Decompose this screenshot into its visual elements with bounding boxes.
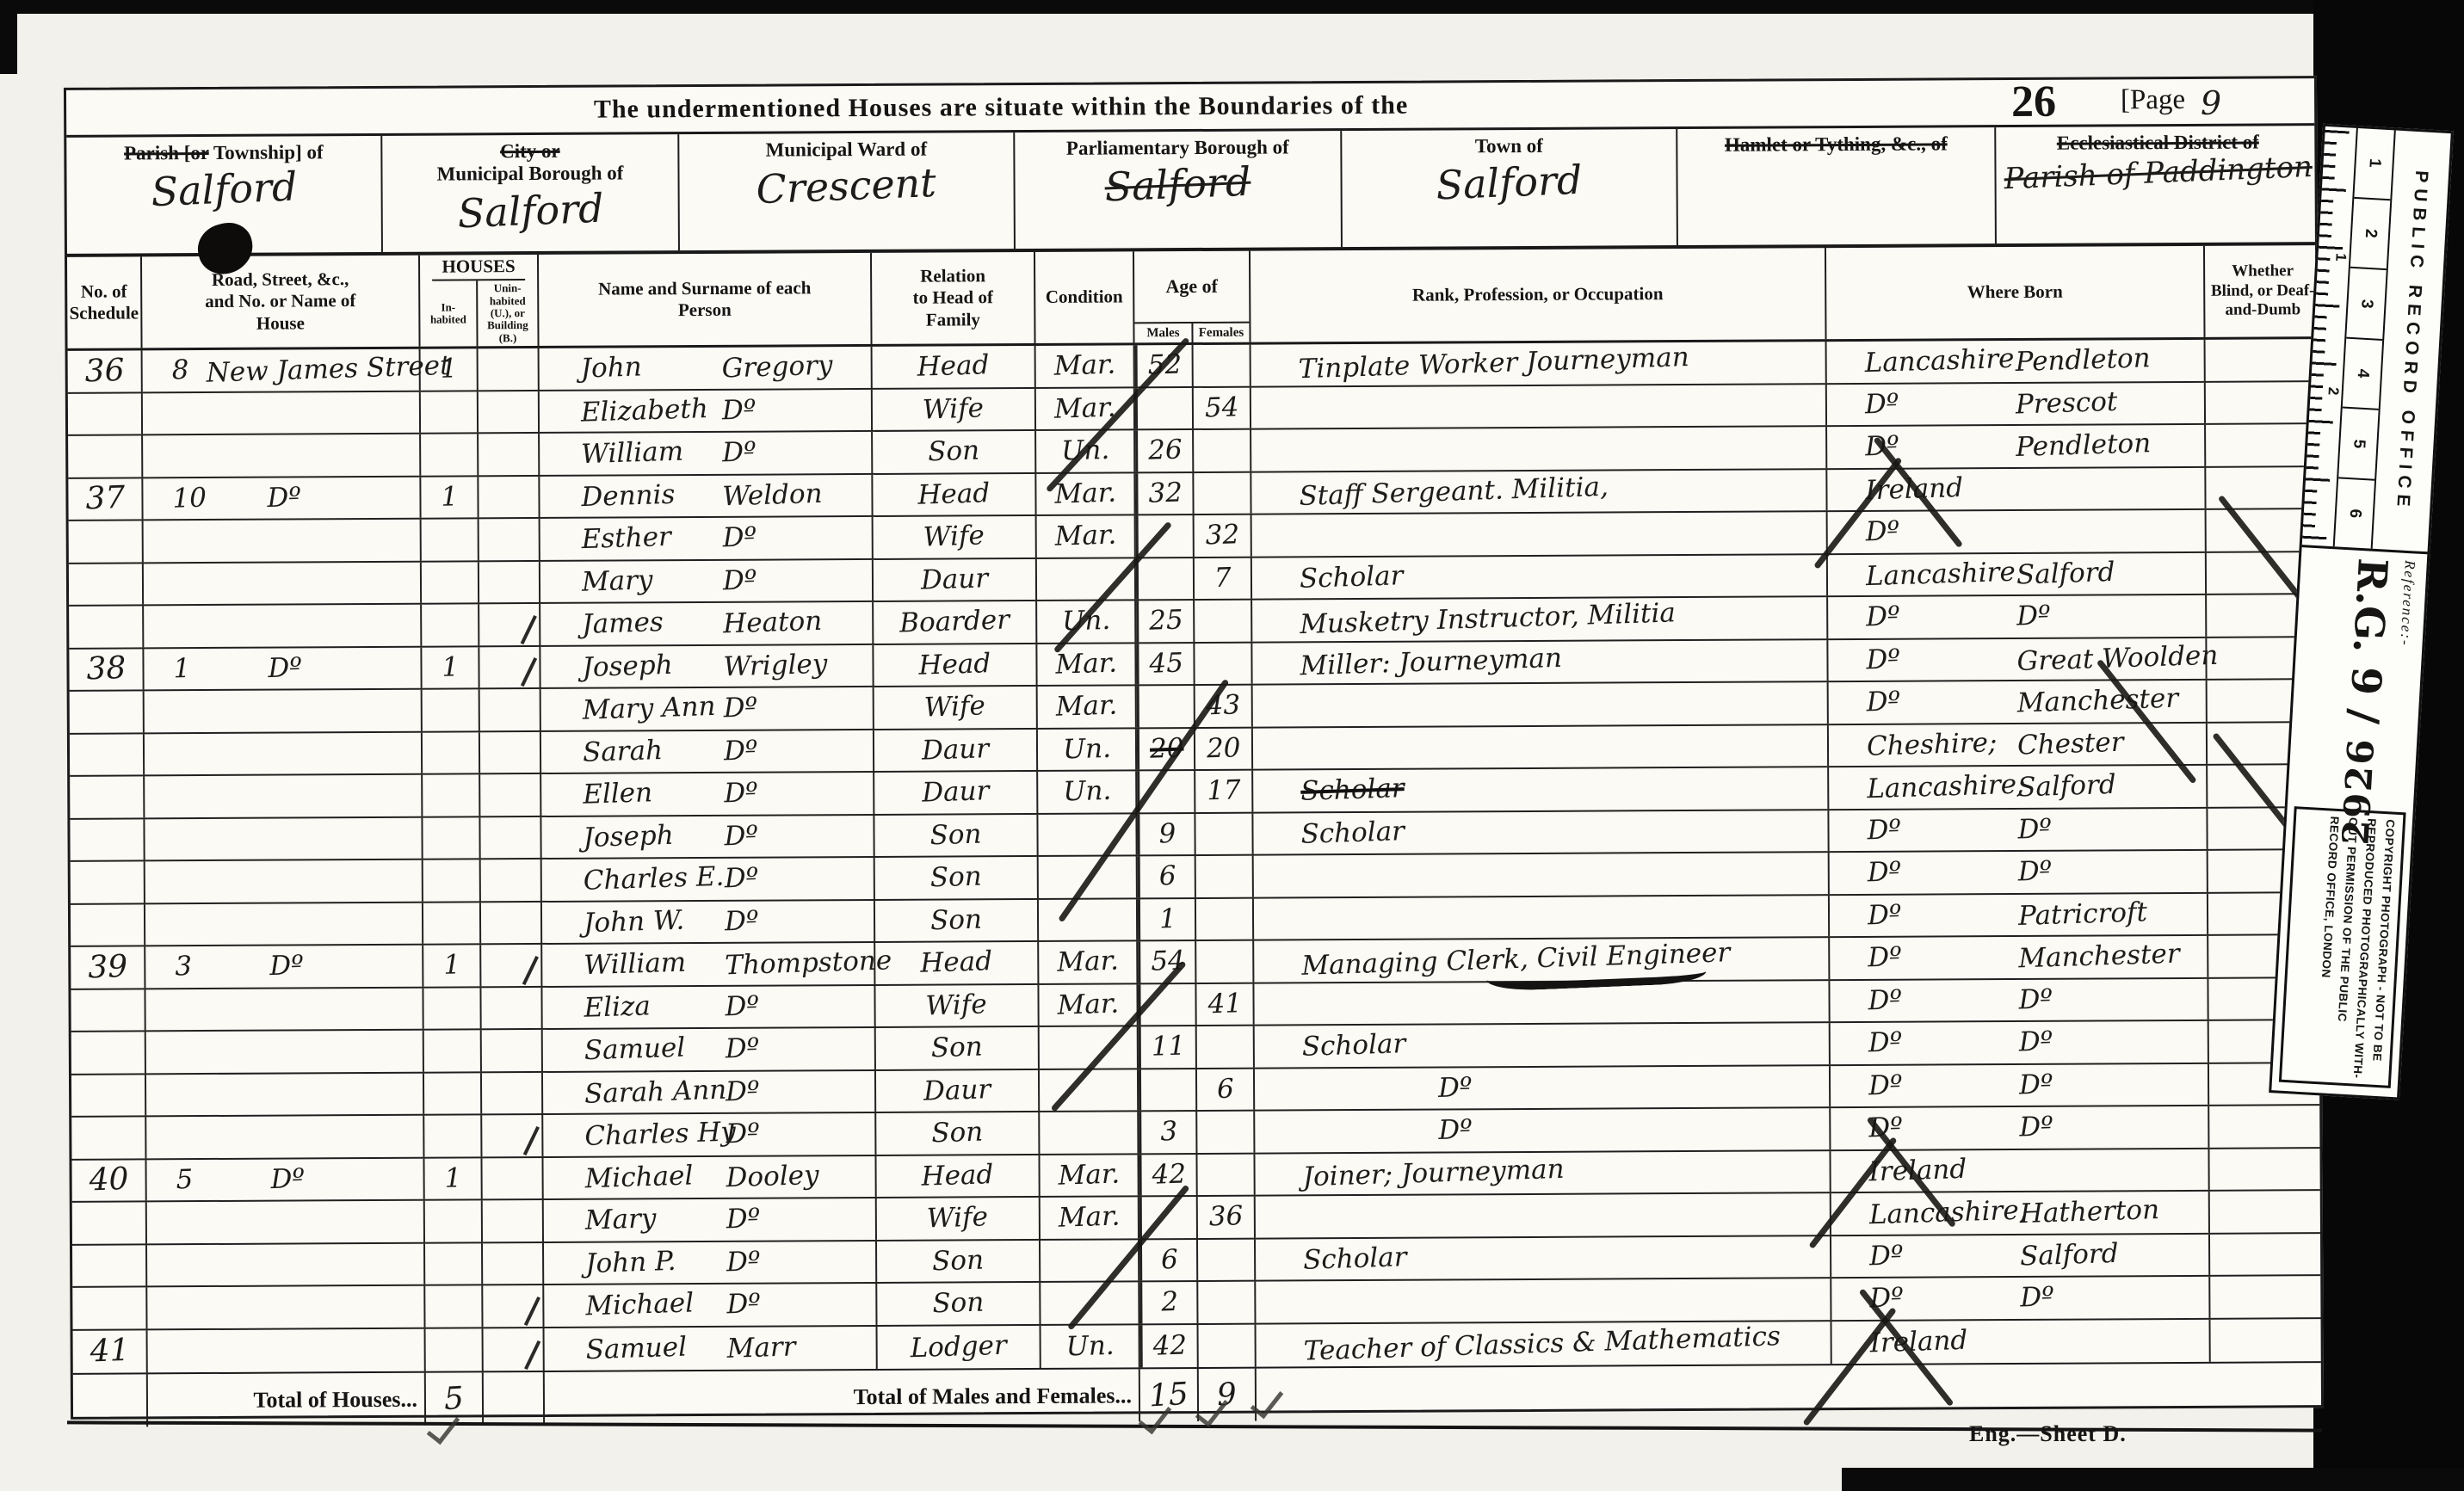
age-female-cell xyxy=(1194,430,1251,471)
name-cell: MichaelDº xyxy=(544,1284,877,1327)
parliamentary-borough-value: Salford xyxy=(1104,158,1252,211)
inhabited-cell xyxy=(423,817,480,859)
street-cell: 1Dº xyxy=(144,647,422,689)
inhabited-cell xyxy=(423,903,481,944)
name-cell: ElizaDº xyxy=(542,985,875,1028)
name-cell: EstherDº xyxy=(540,517,874,560)
schedule-cell: 38 xyxy=(69,649,144,690)
occupation-cell: Miller: Journeyman xyxy=(1252,640,1828,684)
inhabited-cell xyxy=(425,1243,483,1285)
inhabited-cell xyxy=(422,604,479,645)
scan-edge-bottom xyxy=(1842,1468,2464,1491)
uninhabited-cell xyxy=(483,1200,544,1241)
born-cell: DºSalford xyxy=(1831,1234,2210,1277)
age-female-cell: 20 xyxy=(1195,728,1253,769)
born-cell: DºManchester xyxy=(1830,936,2208,979)
schedule-cell xyxy=(69,564,144,605)
inhabited-cell xyxy=(425,1285,483,1327)
occupation-cell: Teacher of Classics & Mathematics xyxy=(1257,1322,1832,1367)
ecclesiastical-label-struck: Ecclesiastical District of xyxy=(2057,132,2259,154)
pro-reference-section: Reference:- R.G. 9 / 2926 xyxy=(2288,547,2427,808)
ecclesiastical-value: Parish of Paddington xyxy=(2004,150,2313,196)
inhabited-cell xyxy=(424,1115,482,1156)
relation-cell: Daur xyxy=(874,772,1038,813)
condition-cell: Mar. xyxy=(1041,1197,1139,1238)
township-label: Township] of xyxy=(209,141,324,163)
street-cell xyxy=(145,690,423,732)
born-cell: Dº xyxy=(1828,510,2207,553)
condition-cell: Mar. xyxy=(1037,644,1136,685)
schedule-cell: 39 xyxy=(71,946,145,988)
age-female-cell xyxy=(1197,1154,1255,1195)
relation-cell: Son xyxy=(875,899,1039,940)
col-street: Road, Street, &c., and No. or Name of Ho… xyxy=(142,256,421,348)
name-cell: SamuelMarr xyxy=(545,1326,878,1371)
street-cell xyxy=(146,1031,424,1073)
relation-cell: Wife xyxy=(875,984,1039,1026)
occupation-cell: Scholar xyxy=(1253,810,1829,854)
field-ward: Municipal Ward of Crescent xyxy=(679,132,1016,250)
uninhabited-cell xyxy=(482,1157,543,1198)
age-female-cell: 7 xyxy=(1195,558,1252,599)
born-cell: DºManchester xyxy=(1829,681,2208,724)
public-record-office-label: PUBLIC RECORD OFFICE xyxy=(2392,169,2431,513)
age-label: Age of xyxy=(1165,251,1218,322)
col-schedule: No. of Schedule xyxy=(67,256,143,348)
blind-cell xyxy=(2206,382,2321,423)
born-cell: DºGreat Woolden xyxy=(1828,638,2207,681)
age-female-cell xyxy=(1196,856,1254,897)
born-cell: DºDº xyxy=(1830,978,2208,1021)
street-cell xyxy=(145,903,423,945)
relation-cell: Lodger xyxy=(878,1325,1041,1368)
inhabited-cell xyxy=(423,988,481,1029)
age-female-cell xyxy=(1198,1239,1256,1280)
born-cell: Lancashire,Hatherton xyxy=(1831,1192,2210,1235)
uninhabited-cell xyxy=(479,476,540,517)
field-ecclesiastical-district: Ecclesiastical District of Parish of Pad… xyxy=(1996,126,2320,243)
age-male-cell: 42 xyxy=(1139,1154,1197,1195)
street-cell xyxy=(145,775,423,817)
inhabited-cell: 1 xyxy=(424,1158,482,1199)
name-cell: JohnGregory xyxy=(540,347,873,390)
age-male-cell: 26 xyxy=(1135,430,1194,471)
uninhabited-cell xyxy=(481,987,542,1028)
age-male-cell: 1 xyxy=(1138,898,1196,940)
schedule-cell xyxy=(70,734,145,775)
born-cell: LancashireSalford xyxy=(1828,552,2207,595)
col-inhabited: In- habited xyxy=(420,281,478,347)
total-houses-label: Total of Houses... xyxy=(148,1373,426,1427)
field-town: Town of Salford xyxy=(1342,129,1678,247)
occupation-cell: Managing Clerk, Civil Engineer xyxy=(1254,938,1830,982)
parliamentary-borough-label: Parliamentary Borough of xyxy=(1066,136,1289,158)
scanned-census-page: The undermentioned Houses are situate wi… xyxy=(0,0,2464,1491)
age-male-cell: 3 xyxy=(1139,1112,1197,1153)
col-blind: Whether Blind, or Deaf- and-Dumb xyxy=(2205,245,2321,337)
age-female-cell: 17 xyxy=(1195,771,1253,812)
scan-edge-top xyxy=(0,0,2464,14)
ruler-inch-label-2: 2 xyxy=(2325,386,2342,396)
occupation-cell xyxy=(1251,385,1827,428)
header-fields: Parish [or Township] of Salford City orM… xyxy=(66,126,2315,257)
condition-cell: Un. xyxy=(1041,1325,1140,1368)
col-relation: Relation to Head of Family xyxy=(872,252,1036,344)
relation-cell: Son xyxy=(876,1027,1040,1069)
borough-value: Salford xyxy=(456,185,604,237)
condition-cell: Mar. xyxy=(1036,345,1135,386)
occupation-cell xyxy=(1253,682,1829,726)
relation-cell: Boarder xyxy=(874,601,1037,643)
born-cell: Lancashire;Salford xyxy=(1829,766,2208,809)
blind-cell xyxy=(2209,1106,2325,1147)
totals-blank-cell xyxy=(1257,1363,2326,1421)
born-cell: LancashirePendleton xyxy=(1827,340,2206,383)
age-female-cell: 41 xyxy=(1196,983,1254,1025)
inhabited-cell xyxy=(422,562,479,603)
column-headers: No. of Schedule Road, Street, &c., and N… xyxy=(67,245,2316,351)
field-borough: City orMunicipal Borough of Salford xyxy=(382,134,680,252)
street-cell xyxy=(144,562,422,604)
relation-cell: Daur xyxy=(874,729,1038,770)
uninhabited-cell xyxy=(480,731,541,773)
total-males-females-label: Total of Males and Females... xyxy=(545,1369,1140,1425)
inhabited-cell: 1 xyxy=(422,647,479,688)
age-male-cell: 45 xyxy=(1136,643,1195,684)
occupation-cell: Tinplate Worker Journeyman xyxy=(1251,342,1827,385)
schedule-cell xyxy=(71,1117,146,1158)
col-houses: HOUSES In- habited Unin- habited (U.), o… xyxy=(420,255,540,347)
township-label-struck: Parish [or xyxy=(124,142,209,164)
sheet-footer-imprint: Eng.—Sheet D. xyxy=(1969,1421,2127,1447)
occupation-cell xyxy=(1256,1278,1831,1322)
street-cell: 8New James Street xyxy=(143,349,421,391)
schedule-cell xyxy=(71,989,145,1031)
relation-cell: Head xyxy=(873,473,1036,514)
uninhabited-cell xyxy=(479,348,540,390)
relation-cell: Head xyxy=(876,1155,1040,1196)
name-cell: Charles E.Dº xyxy=(542,858,875,901)
schedule-cell xyxy=(71,1075,146,1116)
occupation-cell: Scholar xyxy=(1256,1236,1831,1280)
condition-cell: Un. xyxy=(1038,729,1137,770)
uninhabited-cell xyxy=(482,1072,543,1113)
schedule-cell xyxy=(72,1202,147,1243)
col-born: Where Born xyxy=(1826,246,2206,339)
inhabited-cell xyxy=(422,519,479,560)
street-cell xyxy=(147,1243,425,1285)
schedule-cell xyxy=(70,776,145,817)
street-cell xyxy=(147,1286,425,1328)
age-female-cell: 32 xyxy=(1195,515,1252,557)
relation-cell: Son xyxy=(874,814,1038,855)
copyright-stamp: COPYRIGHT PHOTOGRAPH - NOT TO BE REPRODU… xyxy=(2279,806,2406,1088)
relation-cell: Wife xyxy=(874,516,1037,558)
blind-cell xyxy=(2210,1319,2325,1362)
occupation-cell: Dº xyxy=(1255,1066,1831,1110)
schedule-cell: 37 xyxy=(68,478,143,520)
occupation-cell: Joiner; Journeyman xyxy=(1255,1151,1831,1195)
name-cell: SamuelDº xyxy=(543,1028,876,1071)
uninhabited-cell xyxy=(481,859,542,901)
born-cell: DºPatricroft xyxy=(1830,893,2208,936)
uninhabited-cell xyxy=(480,774,541,816)
street-cell xyxy=(146,1116,424,1158)
schedule-cell xyxy=(72,1287,147,1328)
age-male-cell: 11 xyxy=(1139,1026,1197,1068)
condition-cell: Un. xyxy=(1037,601,1136,642)
occupation-cell: Scholar xyxy=(1255,1023,1831,1067)
folio-number-stamp: 26 xyxy=(2011,77,2056,127)
street-cell xyxy=(143,434,421,477)
schedule-cell xyxy=(69,521,144,562)
inhabited-cell xyxy=(421,391,479,433)
town-label: Town of xyxy=(1475,135,1543,157)
inhabited-cell xyxy=(421,434,479,475)
age-female-cell xyxy=(1197,1026,1255,1068)
ruler-cell-3: 3 xyxy=(2346,268,2386,341)
condition-cell: Un. xyxy=(1038,771,1137,812)
page-number: 9 xyxy=(2201,84,2221,122)
totals-uninhabited-cell xyxy=(484,1372,545,1425)
relation-cell: Head xyxy=(874,644,1037,685)
name-cell: JamesHeaton xyxy=(540,602,874,645)
street-cell xyxy=(147,1201,425,1243)
street-cell xyxy=(144,605,422,647)
houses-label: HOUSES xyxy=(432,255,526,281)
name-cell: SarahDº xyxy=(541,730,874,773)
age-female-cell xyxy=(1197,1112,1255,1153)
age-female-cell xyxy=(1194,345,1251,386)
uninhabited-cell xyxy=(479,434,540,475)
blind-cell xyxy=(2210,1234,2325,1275)
age-male-cell xyxy=(1137,686,1195,727)
page-title: The undermentioned Houses are situate wi… xyxy=(594,89,1787,124)
inhabited-cell xyxy=(423,859,481,901)
col-occupation: Rank, Profession, or Occupation xyxy=(1251,248,1827,342)
blind-cell xyxy=(2209,1149,2325,1190)
schedule-cell: 36 xyxy=(68,350,143,391)
age-female-cell xyxy=(1199,1324,1257,1367)
relation-cell: Son xyxy=(876,1112,1040,1154)
age-male-cell: 25 xyxy=(1136,601,1195,642)
inhabited-cell: 1 xyxy=(421,477,479,518)
name-cell: MichaelDooley xyxy=(543,1155,876,1198)
inhabited-cell xyxy=(424,1073,482,1114)
condition-cell: Mar. xyxy=(1038,686,1137,727)
occupation-cell xyxy=(1256,1193,1831,1237)
inhabited-cell xyxy=(423,689,480,730)
ruler-cell-4: 4 xyxy=(2343,338,2382,410)
age-female-cell xyxy=(1195,601,1252,642)
name-cell: WilliamDº xyxy=(540,432,873,475)
born-cell: DºDº xyxy=(1828,595,2207,638)
street-cell xyxy=(148,1328,426,1372)
ruler-cell-1: 1 xyxy=(2354,128,2393,200)
condition-cell: Mar. xyxy=(1037,515,1136,557)
age-male-cell xyxy=(1139,1069,1197,1110)
name-cell: Charles HyDº xyxy=(543,1113,876,1156)
field-hamlet: Hamlet or Tything, &c., of xyxy=(1677,127,1997,245)
township-value: Salford xyxy=(150,163,298,216)
col-condition: Condition xyxy=(1035,251,1135,343)
street-cell: 3Dº xyxy=(145,946,423,988)
blind-cell xyxy=(2210,1276,2325,1317)
uninhabited-cell xyxy=(479,519,540,560)
age-male-cell: 32 xyxy=(1135,472,1194,514)
age-male-cell: 9 xyxy=(1137,813,1195,854)
relation-cell: Wife xyxy=(874,687,1038,728)
name-cell: WilliamThompstone xyxy=(542,943,875,986)
name-cell: MaryDº xyxy=(540,559,874,602)
street-cell: 5Dº xyxy=(146,1158,424,1200)
born-cell: DºDº xyxy=(1830,851,2208,894)
ruler-cell-5: 5 xyxy=(2338,409,2378,481)
schedule-cell xyxy=(72,1245,147,1286)
age-male-cell: 2 xyxy=(1139,1282,1198,1323)
age-male-cell: 6 xyxy=(1138,856,1196,897)
town-value: Salford xyxy=(1436,157,1584,209)
relation-cell: Son xyxy=(877,1283,1041,1324)
born-cell: DºPrescot xyxy=(1827,382,2206,425)
borough-label-struck: City or xyxy=(382,139,677,163)
relation-cell: Son xyxy=(873,431,1036,472)
schedule-cell xyxy=(68,435,143,477)
relation-cell: Head xyxy=(873,346,1036,387)
ruler-cell-2: 2 xyxy=(2350,198,2390,270)
name-cell: Mary AnnDº xyxy=(541,687,874,730)
age-male-cell: 42 xyxy=(1140,1324,1199,1367)
page-label: [Page xyxy=(2121,84,2185,116)
inhabited-cell xyxy=(426,1328,484,1371)
field-parliamentary-borough: Parliamentary Borough of Salford xyxy=(1015,131,1343,249)
name-cell: JosephDº xyxy=(541,815,874,858)
col-age: Age of Males Females xyxy=(1134,251,1251,343)
hamlet-label-struck: Hamlet or Tything, &c., of xyxy=(1725,132,1948,155)
name-cell: MaryDº xyxy=(544,1198,877,1241)
schedule-cell xyxy=(71,904,145,946)
uninhabited-cell xyxy=(481,902,542,943)
ward-label: Municipal Ward of xyxy=(766,139,928,161)
name-cell: Sarah AnnDº xyxy=(543,1070,876,1113)
relation-cell: Daur xyxy=(876,1069,1040,1111)
age-female-cell xyxy=(1196,941,1254,983)
col-uninhabited: Unin- habited (U.), or Building (B.) xyxy=(478,280,537,346)
relation-cell: Wife xyxy=(877,1198,1041,1239)
inhabited-cell: 1 xyxy=(421,348,479,390)
age-female-cell xyxy=(1195,643,1252,684)
street-cell xyxy=(145,817,423,859)
occupation-cell: Dº xyxy=(1255,1108,1831,1152)
relation-cell: Head xyxy=(875,942,1039,983)
age-male-cell xyxy=(1136,558,1195,599)
street-cell xyxy=(144,520,422,562)
street-cell xyxy=(145,732,423,774)
inhabited-cell xyxy=(424,1030,482,1071)
relation-cell: Son xyxy=(877,1240,1041,1281)
schedule-cell xyxy=(70,819,145,860)
ward-value: Crescent xyxy=(756,159,937,213)
uninhabited-cell xyxy=(482,1030,543,1071)
inhabited-cell xyxy=(423,732,480,773)
age-female-cell xyxy=(1198,1282,1256,1323)
inhabited-cell xyxy=(423,774,480,816)
name-cell: John W.Dº xyxy=(542,900,875,943)
uninhabited-cell xyxy=(483,1242,544,1284)
totals-schedule-cell xyxy=(73,1374,148,1426)
schedule-cell: 41 xyxy=(73,1330,148,1373)
pro-ruler-section: 1 2 123456 PUBLIC RECORD OFFICE xyxy=(2302,126,2451,555)
occupation-cell xyxy=(1254,981,1830,1025)
street-cell xyxy=(145,988,423,1030)
schedule-cell xyxy=(71,1032,146,1073)
name-cell: John P.Dº xyxy=(544,1241,877,1284)
age-female-cell xyxy=(1194,472,1251,514)
born-cell: Ireland xyxy=(1831,1149,2209,1192)
uninhabited-cell xyxy=(479,391,540,432)
age-female-cell: 54 xyxy=(1194,387,1251,428)
name-cell: JosephWrigley xyxy=(540,644,874,687)
condition-cell: Mar. xyxy=(1039,984,1138,1026)
occupation-cell: Scholar xyxy=(1253,767,1829,811)
schedule-cell xyxy=(69,606,144,647)
occupation-cell xyxy=(1252,512,1828,556)
schedule-cell xyxy=(70,691,145,732)
street-cell: 10Dº xyxy=(143,477,421,519)
born-cell: DºDº xyxy=(1831,1021,2209,1064)
born-cell: DºDº xyxy=(1829,808,2208,851)
reference-series: R.G. 9 / 2926 xyxy=(2338,558,2393,799)
name-cell: EllenDº xyxy=(541,773,874,816)
blind-cell xyxy=(2206,339,2321,380)
borough-label: Municipal Borough of xyxy=(437,163,624,185)
census-sheet: The undermentioned Houses are situate wi… xyxy=(64,76,2324,1420)
occupation-cell xyxy=(1254,853,1830,896)
age-female-cell: 36 xyxy=(1198,1197,1256,1238)
age-female-cell: 6 xyxy=(1197,1069,1255,1110)
born-cell: DºDº xyxy=(1831,1063,2209,1106)
street-cell xyxy=(143,391,421,434)
uninhabited-cell xyxy=(479,561,540,602)
age-female-cell: 43 xyxy=(1195,686,1253,727)
census-rows: 368New James Street1JohnGregoryHeadMar.5… xyxy=(68,339,2321,1373)
condition-cell: Mar. xyxy=(1036,473,1135,514)
occupation-cell xyxy=(1251,427,1827,471)
occupation-cell xyxy=(1253,725,1829,769)
street-cell xyxy=(146,1073,424,1115)
relation-cell: Wife xyxy=(873,388,1036,429)
age-male-cell: 6 xyxy=(1139,1239,1198,1280)
condition-cell: Mar. xyxy=(1040,1155,1139,1196)
col-females: Females xyxy=(1193,323,1249,342)
schedule-cell xyxy=(71,861,145,903)
ruler-cell-6: 6 xyxy=(2335,478,2374,549)
name-cell: ElizabethDº xyxy=(540,389,873,432)
occupation-cell xyxy=(1254,896,1830,940)
occupation-cell: Scholar xyxy=(1252,555,1828,599)
scan-edge-left xyxy=(0,12,17,74)
relation-cell: Daur xyxy=(874,558,1037,600)
schedule-cell xyxy=(68,393,143,434)
col-name: Name and Surname of each Person xyxy=(539,253,873,346)
ruler-inch-label-1: 1 xyxy=(2331,253,2349,262)
relation-cell: Son xyxy=(875,857,1039,898)
schedule-cell: 40 xyxy=(71,1160,146,1201)
condition-cell: Mar. xyxy=(1039,941,1138,983)
age-female-cell xyxy=(1195,813,1253,854)
condition-cell xyxy=(1040,1112,1139,1153)
condition-cell xyxy=(1039,899,1138,940)
